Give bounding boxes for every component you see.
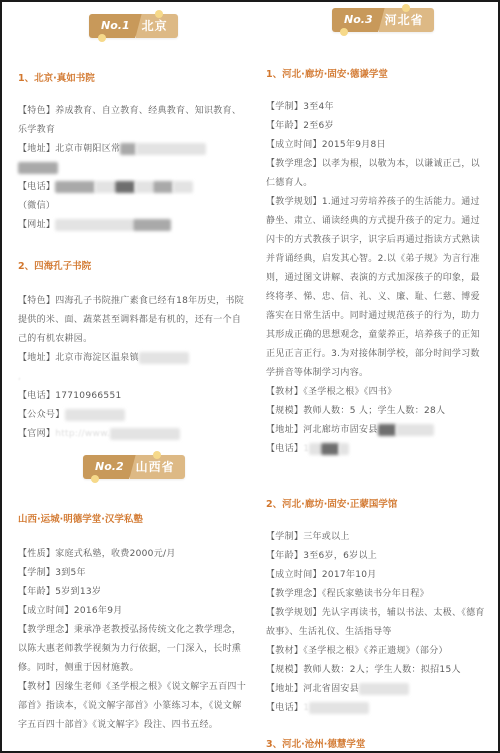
school-info: 【特色】四海孔子书院推广素食已经有18年历史，书院提供的米、面、蔬菜甚至调料都是… [18,292,246,444]
field-website: 【网址】 [18,216,248,235]
field-founded: 【成立时间】2015年9月8日 [266,136,488,155]
field-plan: 【教学规划】1.通过习劳培养孩子的生活能力。通过静坐、肃立、诵读经典的方式提升孩… [266,193,488,383]
field-nature: 【性质】家庭式私塾，收费2000元/月 [18,545,246,564]
field-address: 【地址】河北省固安县 [266,680,488,699]
field-wechat-account: 【公众号】 [18,406,246,425]
school-title: 3、河北·沧州·德慧学堂 [266,736,365,750]
decor-dot-icon [91,475,99,483]
field-textbooks: 【教材】《圣学根之根》《四书》 [266,383,488,402]
school-title: 1、河北·廊坊·固安·德谦学堂 [266,66,388,80]
school-info: 【学制】三年或以上 【年龄】3至6岁，6岁以上 【成立时间】2017年10月 【… [266,528,488,718]
school-title: 山西·运城·明德学堂·汉学私塾 [18,511,143,525]
field-duration: 【学制】三年或以上 [266,528,488,547]
field-address: 【地址】河北廊坊市固安县 [266,421,488,440]
document-page: No.1 北京 1、北京·真如书院 【特色】养成教育、自立教育、经典教育、知识教… [0,0,500,753]
decor-dot-icon [98,34,106,42]
school-info: 【学制】3至4年 【年龄】2至6岁 【成立时间】2015年9月8日 【教学理念】… [266,98,488,459]
field-phone: 【电话】17710966551 [18,387,246,406]
school-info: 【性质】家庭式私塾，收费2000元/月 【学制】3到5年 【年龄】5岁到13岁 … [18,545,246,735]
field-philosophy: 【教学理念】《程氏家塾读书分年日程》 [266,585,488,604]
field-textbooks: 【教材】因缘生老师《圣学根之根》《说文解字五百四十部首》指读本，《说文解字部首》… [18,678,246,735]
field-textbooks: 【教材】《圣学根之根》《养正遗规》（部分） [266,642,488,661]
decor-dot-icon [155,10,163,18]
field-phone: 【电话】（微信） [18,178,248,216]
field-feature: 【特色】四海孔子书院推广素食已经有18年历史，书院提供的米、面、蔬菜甚至调料都是… [18,292,246,349]
section-badge-shanxi: No.2 山西省 [83,455,185,479]
field-duration: 【学制】3至4年 [266,98,488,117]
decor-dot-icon [402,4,410,12]
field-official-site: 【官网】http://www. [18,425,246,444]
field-age: 【年龄】5岁到13岁 [18,583,246,602]
field-address: 【地址】北京市海淀区温泉镇, [18,349,246,387]
field-duration: 【学制】3到5年 [18,564,246,583]
field-plan: 【教学规划】先认字再读书，辅以书法、太极、《德育故事》、生活礼仪、生活指导等 [266,604,488,642]
field-feature: 【特色】养成教育、自立教育、经典教育、知识教育、乐学教育 [18,102,248,140]
section-badge-hebei: No.3 河北省 [332,8,434,32]
field-scale: 【规模】教师人数：5 人；学生人数：28人 [266,402,488,421]
field-phone: 【电话】1 [266,440,488,459]
school-title: 1、北京·真如书院 [18,70,95,84]
field-address: 【地址】北京市朝阳区常 [18,140,248,178]
school-title: 2、四海孔子书院 [18,258,91,272]
badge-number: No.3 [332,8,385,32]
field-philosophy: 【教学理念】秉承净老教授弘扬传统文化之教学理念，以陈大惠老师教学视频为力行依据，… [18,621,246,678]
field-age: 【年龄】2至6岁 [266,117,488,136]
decor-dot-icon [153,451,161,459]
field-founded: 【成立时间】2017年10月 [266,566,488,585]
decor-dot-icon [340,28,348,36]
school-info: 【特色】养成教育、自立教育、经典教育、知识教育、乐学教育 【地址】北京市朝阳区常… [18,102,248,235]
badge-number: No.1 [89,14,142,38]
field-age: 【年龄】3至6岁，6岁以上 [266,547,488,566]
field-phone: 【电话】1 [266,699,488,718]
field-founded: 【成立时间】2016年9月 [18,602,246,621]
school-title: 2、河北·廊坊·固安·正蒙国学馆 [266,496,397,510]
field-scale: 【规模】教师人数：2人；学生人数：拟招15人 [266,661,488,680]
section-badge-beijing: No.1 北京 [89,14,178,38]
field-philosophy: 【教学理念】以孝为根，以敬为本，以谦诚正己，以仁德育人。 [266,155,488,193]
badge-number: No.2 [83,455,136,479]
